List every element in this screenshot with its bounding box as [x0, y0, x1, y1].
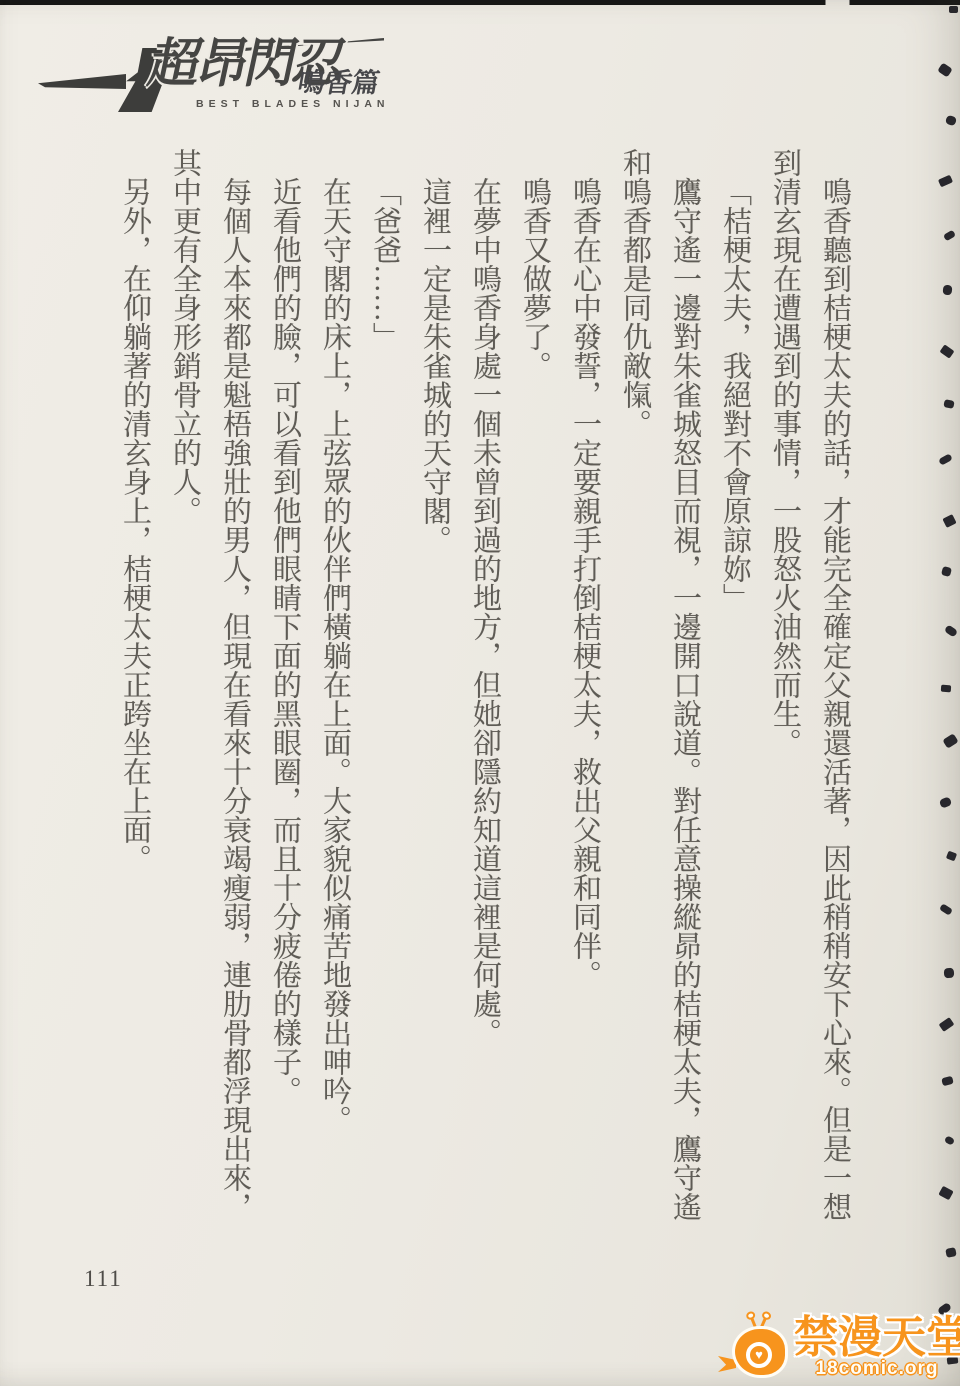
- paragraph: 鳴香又做夢了。: [510, 148, 560, 1228]
- series-logo: 超昂閃忍 鳴香篇 BEST BLADES NIJAN: [38, 36, 383, 124]
- text-body: 鳴香聽到桔梗太夫的話，才能完全確定父親還活著，因此稍稍安下心來。但是一想到清玄現…: [110, 148, 860, 1228]
- paragraph: 這裡一定是朱雀城的天守閣。: [410, 148, 460, 1228]
- heart-icon: ♥: [746, 1342, 772, 1368]
- binding-hole-icon: [944, 1135, 955, 1145]
- binding-hole-icon: [944, 624, 958, 637]
- binding-hole-icon: [941, 684, 951, 692]
- binding-hole-icon: [941, 566, 952, 577]
- watermark-site-name: 禁漫天堂: [794, 1316, 960, 1360]
- binding-hole-icon: [937, 62, 953, 77]
- mascot-body-icon: ♥: [732, 1326, 788, 1378]
- paragraph: 鳴香聽到桔梗太夫的話，才能完全確定父親還活著，因此稍稍安下心來。但是一想到清玄現…: [760, 148, 860, 1228]
- paragraph: 另外，在仰躺著的清玄身上，桔梗太夫正跨坐在上面。: [110, 148, 160, 1228]
- binding-hole-icon: [938, 1185, 953, 1200]
- paragraph: 「爸爸……」: [360, 148, 410, 1228]
- binding-hole-icon: [945, 851, 956, 862]
- scan-top-edge: [0, 0, 960, 5]
- site-watermark: ♥ 禁漫天堂 18comic.org: [698, 1314, 960, 1386]
- paragraph: 在夢中鳴香身處一個未曾到過的地方，但她卻隱約知道這裡是何處。: [460, 148, 510, 1228]
- binding-hole-icon: [939, 903, 953, 915]
- paragraph: 鳴香在心中發誓，一定要親手打倒桔梗太夫，救出父親和同伴。: [560, 148, 610, 1228]
- binding-hole-icon: [943, 230, 956, 242]
- binding-hole-icon: [945, 1247, 957, 1258]
- binding-hole-icon: [939, 1017, 955, 1032]
- binding-hole-icon: [945, 114, 957, 126]
- volume-subtitle: 鳴香篇: [296, 70, 382, 97]
- binding-hole-icon: [943, 733, 959, 748]
- binding-hole-icon: [943, 515, 957, 529]
- binding-hole-icon: [949, 6, 958, 13]
- series-tagline: BEST BLADES NIJAN: [196, 98, 390, 110]
- binding-hole-icon: [937, 175, 952, 188]
- binding-hole-icon: [943, 399, 954, 409]
- binding-hole-icon: [943, 285, 953, 296]
- binding-hole-icon: [944, 967, 955, 978]
- paragraph: 鷹守遙一邊對朱雀城怒目而視，一邊開口說道。對任意操縱昴的桔梗太夫，鷹守遙和鳴香都…: [610, 148, 710, 1228]
- binding-hole-icon: [940, 345, 955, 359]
- binding-hole-icon: [941, 1075, 954, 1086]
- paragraph: 在天守閣的床上，上弦眾的伙伴們橫躺在上面。大家貌似痛苦地發出呻吟。: [310, 148, 360, 1228]
- page-number: 111: [84, 1266, 123, 1292]
- lightning-bolt-icon: [38, 74, 126, 89]
- paragraph: 「桔梗太夫，我絕對不會原諒妳」: [710, 148, 760, 1228]
- binding-hole-icon: [939, 796, 953, 808]
- paragraph: 近看他們的臉，可以看到他們眼睛下面的黑眼圈，而且十分疲倦的樣子。: [260, 148, 310, 1228]
- scanned-book-page: { "page": { "number": "111", "binding_ho…: [0, 0, 960, 1386]
- mascot-icon: ♥: [732, 1322, 794, 1380]
- paragraph: 每個人本來都是魁梧強壯的男人，但現在看來十分衰竭瘦弱，連肋骨都浮現出來，其中更有…: [160, 148, 260, 1228]
- binding-hole-icon: [938, 453, 953, 465]
- spiral-binding-marks: [934, 0, 960, 1386]
- watermark-site-url: 18comic.org: [794, 1358, 960, 1380]
- heart-glyph: ♥: [755, 1348, 763, 1361]
- watermark-text: 禁漫天堂 18comic.org: [794, 1316, 960, 1380]
